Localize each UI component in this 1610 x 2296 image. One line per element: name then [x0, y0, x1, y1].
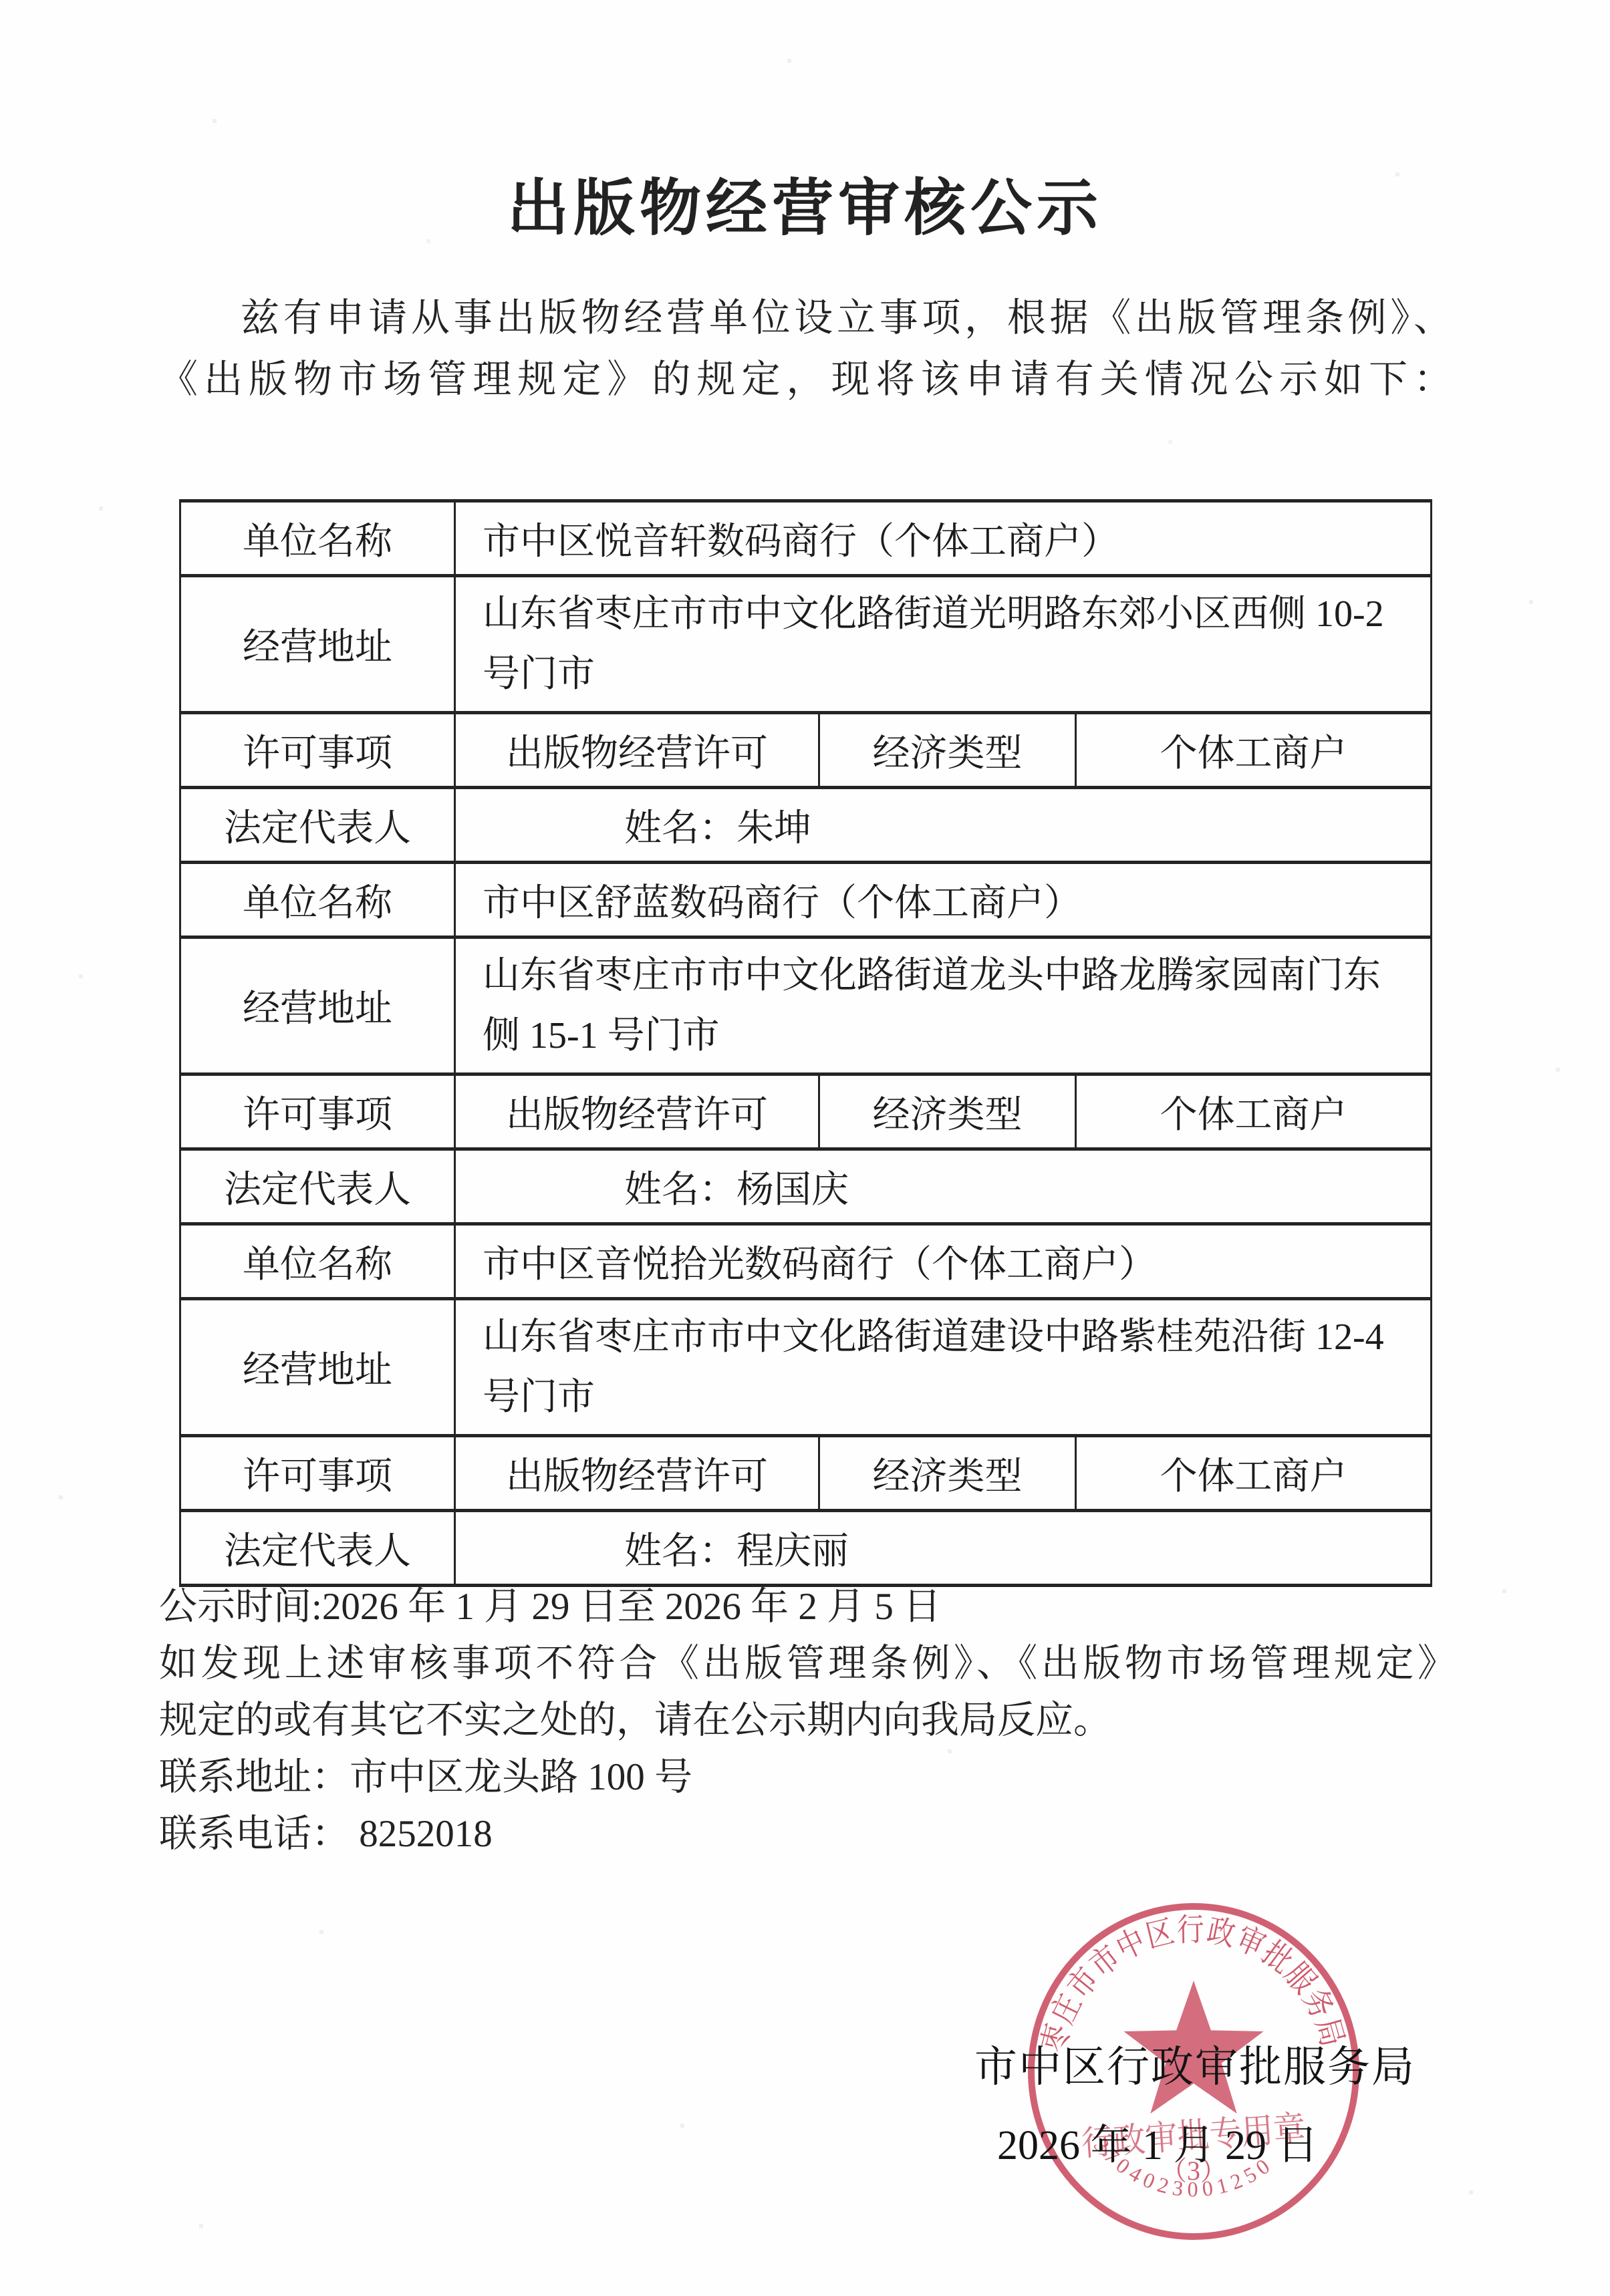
notice-line-1: 如发现上述审核事项不符合《出版管理条例》、《出版物市场管理规定》	[159, 1635, 1456, 1692]
unit-name-label: 单位名称	[180, 501, 455, 576]
intro-line-2: 《出版物市场管理规定》的规定，现将该申请有关情况公示如下：	[159, 349, 1452, 410]
econ-type-label: 经济类型	[819, 1436, 1076, 1511]
unit-name-value: 市中区音悦拾光数码商行（个体工商户）	[455, 1224, 1432, 1299]
econ-type-value: 个体工商户	[1076, 1074, 1432, 1149]
table-row: 单位名称 市中区悦音轩数码商行（个体工商户）	[180, 501, 1432, 576]
address-value: 山东省枣庄市市中文化路街道光明路东郊小区西侧 10-2 号门市	[455, 576, 1432, 713]
intro-line-1: 兹有申请从事出版物经营单位设立事项，根据《出版管理条例》、	[159, 287, 1452, 349]
unit-name-value: 市中区舒蓝数码商行（个体工商户）	[455, 863, 1432, 938]
legal-rep-label: 法定代表人	[180, 1511, 455, 1586]
license-value: 出版物经营许可	[455, 713, 819, 788]
contact-address: 联系地址：市中区龙头路 100 号	[159, 1749, 1456, 1806]
intro-paragraph: 兹有申请从事出版物经营单位设立事项，根据《出版管理条例》、 《出版物市场管理规定…	[159, 287, 1452, 410]
legal-rep-value: 姓名：程庆丽	[455, 1511, 1432, 1586]
address-label: 经营地址	[180, 1299, 455, 1436]
contact-phone: 联系电话： 8252018	[159, 1806, 1456, 1862]
license-label: 许可事项	[180, 1074, 455, 1149]
legal-rep-value: 姓名：朱坤	[455, 788, 1432, 863]
signature-agency: 市中区行政审批服务局	[974, 2033, 1442, 2094]
license-label: 许可事项	[180, 713, 455, 788]
unit-name-value: 市中区悦音轩数码商行（个体工商户）	[455, 501, 1432, 576]
table-row: 经营地址 山东省枣庄市市中文化路街道龙头中路龙腾家园南门东侧 15-1 号门市	[180, 938, 1432, 1074]
announcement-table: 单位名称 市中区悦音轩数码商行（个体工商户） 经营地址 山东省枣庄市市中文化路街…	[179, 499, 1432, 1587]
license-value: 出版物经营许可	[455, 1074, 819, 1149]
unit-name-label: 单位名称	[180, 863, 455, 938]
econ-type-label: 经济类型	[819, 713, 1076, 788]
publicity-period: 公示时间:2026 年 1 月 29 日至 2026 年 2 月 5 日	[159, 1578, 1456, 1635]
footer-block: 公示时间:2026 年 1 月 29 日至 2026 年 2 月 5 日 如发现…	[159, 1578, 1456, 1862]
table-row: 许可事项 出版物经营许可 经济类型 个体工商户	[180, 1074, 1432, 1149]
notice-line-2: 规定的或有其它不实之处的，请在公示期内向我局反应。	[159, 1692, 1456, 1749]
address-label: 经营地址	[180, 576, 455, 713]
legal-rep-label: 法定代表人	[180, 788, 455, 863]
license-label: 许可事项	[180, 1436, 455, 1511]
table-row: 法定代表人 姓名：程庆丽	[180, 1511, 1432, 1586]
document-page: 出版物经营审核公示 兹有申请从事出版物经营单位设立事项，根据《出版管理条例》、 …	[0, 0, 1610, 2296]
address-label: 经营地址	[180, 938, 455, 1074]
address-value: 山东省枣庄市市中文化路街道建设中路紫桂苑沿街 12-4 号门市	[455, 1299, 1432, 1436]
page-title: 出版物经营审核公示	[0, 159, 1610, 247]
table-row: 经营地址 山东省枣庄市市中文化路街道光明路东郊小区西侧 10-2 号门市	[180, 576, 1432, 713]
table-row: 许可事项 出版物经营许可 经济类型 个体工商户	[180, 713, 1432, 788]
scan-noise	[0, 0, 1, 1]
unit-name-label: 单位名称	[180, 1224, 455, 1299]
econ-type-value: 个体工商户	[1076, 713, 1432, 788]
econ-type-value: 个体工商户	[1076, 1436, 1432, 1511]
legal-rep-value: 姓名：杨国庆	[455, 1149, 1432, 1224]
table-row: 经营地址 山东省枣庄市市中文化路街道建设中路紫桂苑沿街 12-4 号门市	[180, 1299, 1432, 1436]
econ-type-label: 经济类型	[819, 1074, 1076, 1149]
address-value: 山东省枣庄市市中文化路街道龙头中路龙腾家园南门东侧 15-1 号门市	[455, 938, 1432, 1074]
license-value: 出版物经营许可	[455, 1436, 819, 1511]
legal-rep-label: 法定代表人	[180, 1149, 455, 1224]
table-row: 法定代表人 姓名：朱坤	[180, 788, 1432, 863]
table-row: 许可事项 出版物经营许可 经济类型 个体工商户	[180, 1436, 1432, 1511]
table-row: 单位名称 市中区音悦拾光数码商行（个体工商户）	[180, 1224, 1432, 1299]
table-row: 单位名称 市中区舒蓝数码商行（个体工商户）	[180, 863, 1432, 938]
signature-date: 2026 年 1 月 29 日	[997, 2112, 1398, 2171]
table-row: 法定代表人 姓名：杨国庆	[180, 1149, 1432, 1224]
